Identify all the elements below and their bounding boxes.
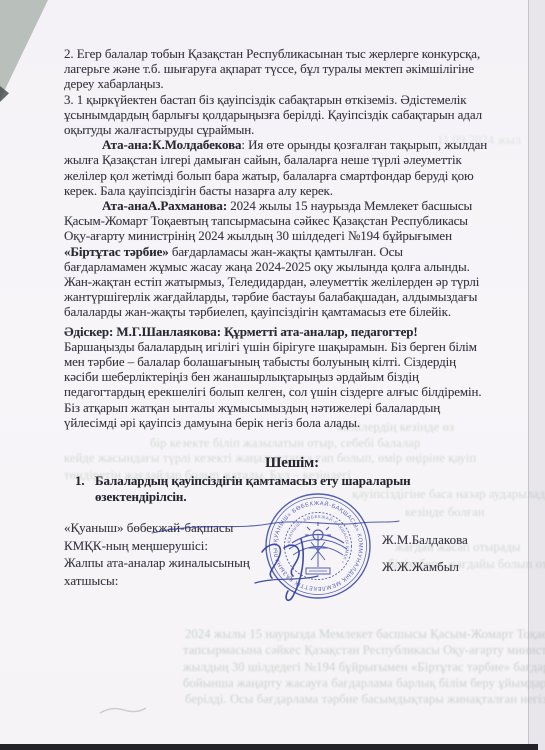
resolution-item-number: 1. xyxy=(64,473,95,504)
text-line: желілер қол жетімді болып бара жатыр, ба… xyxy=(64,168,520,183)
bleedthrough-text: 2024 жылы 15 наурызда Мемлекет басшысы Қ… xyxy=(185,627,545,642)
text-line: үйлесімді әрі қауіпсіз дамуына берік нег… xyxy=(64,415,520,430)
text-line: Қасым-Жомарт Тоқаевтың тапсырмасына сәйк… xyxy=(64,213,520,228)
text-line: жылға Қазақстан ілгері дамыған сайын, ба… xyxy=(64,152,520,167)
text-line: Оқу-ағарту министрінің 2024 жылдың 30 ші… xyxy=(64,228,520,243)
scan-bottom-edge xyxy=(0,744,538,750)
text-line: мен тәрбие – балалар болашағының табысты… xyxy=(64,354,520,369)
text-line: ұсынымдардың барлығы қолдарыңызға берілд… xyxy=(64,107,520,122)
text-line: оқытуды жалғастыруды сұраймын. xyxy=(64,122,520,137)
manager-name: Ж.М.Балдакова xyxy=(382,531,468,549)
bleedthrough-text: жылдың 30 шілдедегі №194 бұйрығымен «Бір… xyxy=(183,660,545,675)
scanned-page: 11.09.2024 жылжелілердің кезінде өзбір к… xyxy=(0,0,545,750)
text-line: Баршаңызды балалардың игілігі үшін біріг… xyxy=(64,339,520,354)
text-line: Ата-анаА.Рахманова: 2024 жылы 15 наурызд… xyxy=(64,198,520,213)
official-round-stamp-icon: «ҚУАНЫШ» БӨБЕКЖАЙ-БАҚШАСЫ» КОММУНАЛДЫҚ М… xyxy=(262,490,374,602)
text-line: Жан-жақтан естіп жатырмыз, Теледидардан,… xyxy=(64,274,520,289)
bleedthrough-text: бойынша жаңарту жасауға бағдарлама барлы… xyxy=(183,676,545,691)
text-line: кәсіби шеберліктеріңіз бен жанашырлықтар… xyxy=(64,369,520,384)
text-line: бағдарламамен жұмыс жасау жаңа 2024-2025… xyxy=(64,259,520,274)
text-line: балаларды жан-жақты тәрбиелеп, қауіпсізд… xyxy=(64,304,520,319)
text-line: лагерьге және т.б. шығаруға ақпарат түсс… xyxy=(64,61,520,76)
secretary-name: Ж.Ж.Жамбыл xyxy=(382,558,459,576)
text-line: жантүршігерлік жағдайларды, тәрбие баста… xyxy=(64,289,520,304)
text-line: 3. 1 қыркүйектен бастап біз қауіпсіздік … xyxy=(64,92,520,107)
bleedthrough-text: кезінде болған xyxy=(405,505,485,520)
document-lines: 2. Егер балалар тобын Қазақстан Республи… xyxy=(64,46,520,430)
pencil-smudge xyxy=(100,708,146,713)
scanner-background-corner xyxy=(0,0,48,100)
text-line: педагогтардың ерекшелігі болып келген, с… xyxy=(64,384,520,399)
bleedthrough-text: берілді. Осы бағдарлама тәрбие басымдықт… xyxy=(185,692,545,707)
resolution-heading: Шешім: xyxy=(64,456,520,471)
text-line: дереу хабарлаңыз. xyxy=(64,76,520,91)
document-body: 2. Егер балалар тобын Қазақстан Республи… xyxy=(64,46,520,504)
text-line: 2. Егер балалар тобын Қазақстан Республи… xyxy=(64,46,520,61)
bleedthrough-text: тапсырмасына сәйкес Қазақстан Республика… xyxy=(183,643,545,658)
text-line: Әдіскер: М.Г.Шанлаякова: Құрметті ата-ан… xyxy=(64,324,520,339)
text-line: Ата-ана:К.Молдабекова: Ия өте орынды қоз… xyxy=(64,137,520,152)
text-line: Біз атқарып жатқан ынталы жұмысымыздың н… xyxy=(64,400,520,415)
text-line: керек. Бала қауіпсіздігін басты назарға … xyxy=(64,183,520,198)
text-line: «Біртұтас тәрбие» бағдарламасы жан-жақты… xyxy=(64,244,520,259)
